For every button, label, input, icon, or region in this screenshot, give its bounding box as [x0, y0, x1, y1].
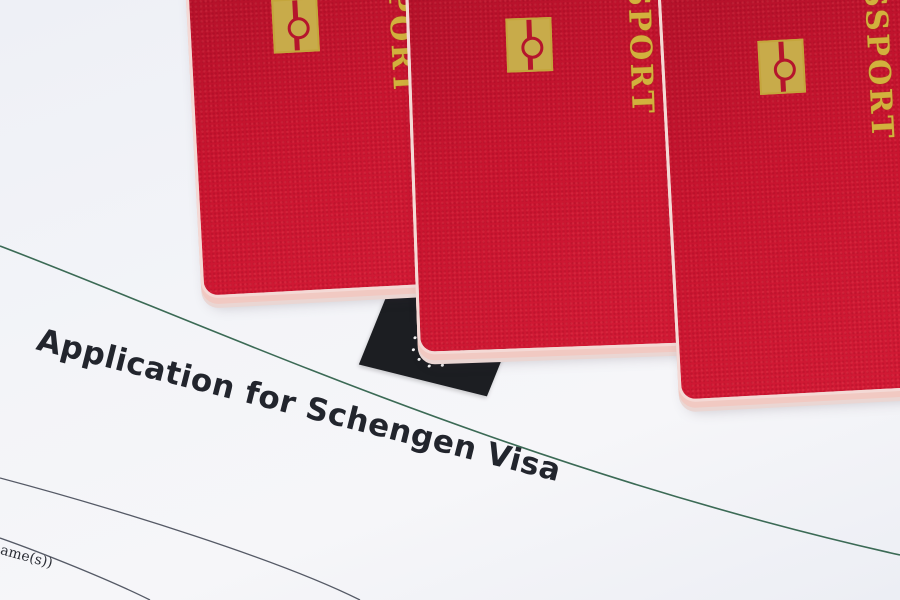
passport-label: ASSPORT	[855, 0, 899, 142]
passport-middle: SSPORT	[408, 0, 707, 352]
star-icon	[411, 347, 415, 351]
star-icon	[427, 364, 431, 368]
star-icon	[413, 335, 417, 339]
passport-label: SSPORT	[619, 0, 659, 117]
star-icon	[416, 358, 420, 362]
passport-right: ASSPORT	[660, 0, 900, 399]
biometric-chip-icon	[757, 39, 806, 95]
biometric-chip-icon	[271, 0, 320, 54]
star-icon	[452, 357, 456, 361]
star-icon	[440, 364, 444, 368]
biometric-chip-icon	[505, 17, 553, 73]
photo-scene: Application for Schengen Visa name(s)) S…	[0, 0, 900, 600]
